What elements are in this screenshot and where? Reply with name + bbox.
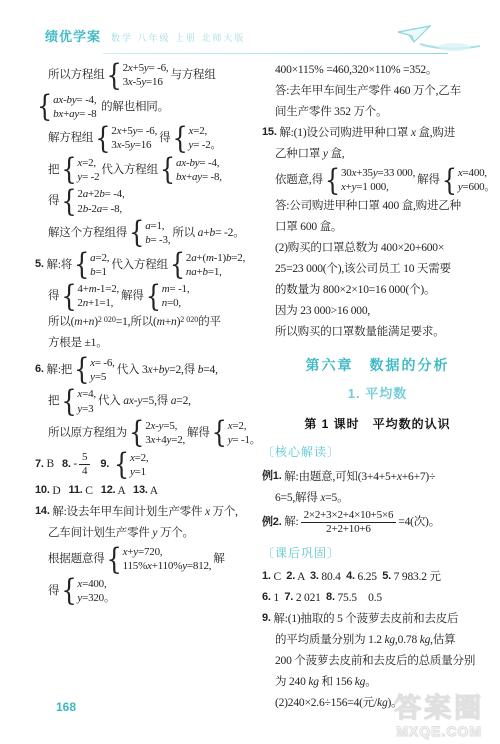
equation-row: y=600。 [458, 180, 495, 194]
solution-text: D [50, 483, 69, 500]
equation-stack: x+y=720,115%x+110%y=812, [123, 545, 212, 574]
content-line: 因为 23 000>16 000, [262, 302, 493, 322]
solution-text: 的平均质量分别为 1.2 kg,0.78 kg,估算 [275, 632, 455, 649]
equation-stack: ax-by= -4,bx+ay= -8, [176, 156, 222, 185]
content-line: 9. 解:(1)抽取的 5 个菠萝去皮前和去皮后 [262, 609, 493, 629]
tag-core-reading: 〔核心解读〕 [262, 443, 493, 463]
content-line: 所以(m+n)2 020=1,所以(m+n)2 020的平 [35, 313, 254, 333]
content-line: 6. 解:把{x= -6,y=5代入 3x+by=2,得 b=4, [35, 355, 254, 386]
solution-text: 乙种口罩 y 盒, [275, 146, 344, 163]
solution-text: 6=5,解得 x=5。 [275, 490, 348, 507]
equation-row: y= -2。 [189, 138, 222, 152]
equation-system: {x=400,y=600。 [442, 166, 495, 195]
solution-text: 解:将 [44, 257, 72, 274]
brace-glyph: { [146, 283, 161, 310]
content-line: 乙车间计划生产零件 y 万个。 [35, 523, 254, 543]
exponent: 2 020 [98, 314, 116, 326]
equation-stack: a=1,b= -3, [145, 219, 170, 248]
solution-text: B [44, 456, 62, 473]
equation-row: y=1 [130, 465, 146, 479]
solution-text: 的平 [198, 314, 221, 331]
content-line: 得{4+m-1=2,2n+1=1,解得{m= -1,n=0, [35, 281, 254, 312]
brace-glyph: { [61, 578, 76, 605]
solution-text: 代入 3x+by=2,得 b=4, [117, 362, 218, 379]
equation-stack: ax-by= -4,bx+ay= -8 [53, 93, 96, 122]
content-line: 25=23 000(个),该公司员工 10 天需要 [262, 260, 493, 280]
equation-system: {a=2,b=1 [74, 251, 109, 280]
solution-text: A [115, 483, 133, 500]
item-number: 12. [101, 483, 116, 499]
solution-text: 200 个菠萝去皮前和去皮后的总质量分别 [275, 653, 475, 670]
content-line: 把{x=2,y= -2代入方程组{ax-by= -4,bx+ay= -8, [35, 155, 254, 186]
content-line: 400×115% =460,320×110% =352。 [262, 60, 493, 80]
content-line: 例2. 解:2×2+3×2+4×10+5×62+2+10+6=4(次)。 [262, 509, 493, 536]
solution-text: 因为 23 000>16 000, [275, 303, 370, 320]
equation-row: 30x+35y=33 000, [341, 166, 415, 180]
item-number: 14. [35, 504, 50, 520]
tag-practice: 〔课后巩固〕 [262, 543, 493, 563]
equation-row: y=320。 [77, 591, 114, 605]
equation-row: 2b-2a= -8, [77, 202, 122, 216]
equation-row: 4+m-1=2, [77, 282, 119, 296]
equation-row: 3x-5y=16 [123, 75, 163, 89]
equation-row: ax-by= -4, [176, 156, 219, 170]
equation-row: x+y=720, [123, 545, 163, 559]
equation-row: b= -3, [145, 233, 170, 247]
header-rule [103, 53, 448, 54]
equation-row: y= -1。 [228, 433, 261, 447]
equation-system: {30x+35y=33 000,x+y=1 000, [325, 166, 415, 195]
solution-text: 75.5 0.5 [335, 590, 382, 607]
solution-text: 口罩 600 盒。 [275, 219, 342, 236]
equation-row: 2a+(m-1)b=2, [186, 251, 245, 265]
equation-row: bx+ay= -8, [176, 170, 222, 184]
solution-text: 所以原方程组为 [48, 425, 127, 442]
equation-row: bx+ay= -8 [53, 107, 96, 121]
equation-system: {x+y=720,115%x+110%y=812, [107, 545, 212, 574]
item-number: 8. [62, 457, 71, 473]
item-number: 6. [262, 590, 271, 606]
brace-glyph: { [74, 251, 89, 278]
equation-system: {a=1,b= -3, [129, 219, 170, 248]
item-number: 例1. [262, 469, 282, 485]
fraction-denominator: 2+2+10+6 [323, 523, 374, 536]
content-line: 的数量为 800×2×10=16 000(个)。 [262, 281, 493, 301]
solution-text: C [271, 569, 287, 586]
solution-text: 解方程组 [48, 130, 93, 147]
equation-stack: 2x-y=5,3x+4y=2, [145, 419, 185, 448]
brace-glyph: { [107, 546, 122, 573]
equation-row: 2x+5y= -6, [111, 124, 157, 138]
equation-system: {m= -1,n=0, [146, 282, 190, 311]
solution-text: 答:去年甲车间生产零件 460 万个,乙车 [275, 83, 461, 100]
solution-text: 把 [48, 162, 59, 179]
solution-text: 代入方程组 [101, 162, 158, 179]
equation-row: x=4, [77, 387, 96, 401]
item-number: 8. [326, 590, 335, 606]
content-line: 5. 解:将{a=2,b=1代入方程组{2a+(m-1)b=2,na+b=1, [35, 250, 254, 281]
solution-text: 代入 ax-y=5,得 a=2, [98, 393, 191, 410]
equation-stack: x= -6,y=5 [90, 356, 115, 385]
content-line: 所以购买的口罩数量能满足要求。 [262, 323, 493, 343]
content-line: 14. 解:设去年甲车间计划生产零件 x 万个, [35, 502, 254, 522]
content-line: {ax-by= -4,bx+ay= -8 的解也相同。 [35, 92, 254, 123]
equation-row: a=2, [90, 251, 109, 265]
equation-system: {x=2,y=1 [114, 451, 149, 480]
solution-text: A [148, 483, 158, 500]
brace-glyph: { [74, 357, 89, 384]
content-line: 口罩 600 盒。 [262, 218, 493, 238]
solution-text: 间生产零件 352 万个。 [275, 104, 387, 121]
solution-text: 所以购买的口罩数量能满足要求。 [275, 324, 445, 341]
brace-glyph: { [160, 157, 175, 184]
solution-text: 解:把 [44, 362, 72, 379]
equation-stack: 2a+(m-1)b=2,na+b=1, [186, 251, 245, 280]
solution-text: 解这个方程组得 [48, 225, 127, 242]
equation-stack: x=2,y= -2 [77, 156, 99, 185]
section-heading: 1. 平均数 [262, 385, 493, 405]
equation-row: 2x+5y= -6, [123, 61, 169, 75]
brace-glyph: { [61, 157, 76, 184]
brace-glyph: { [170, 251, 185, 278]
content-line: 的平均质量分别为 1.2 kg,0.78 kg,估算 [262, 630, 493, 650]
content-line: 答:公司购进甲种口罩 400 盒,购进乙种 [262, 197, 493, 217]
solution-text: 得 [159, 130, 170, 147]
equation-row: x=400, [458, 166, 487, 180]
equation-system: {x=400,y=320。 [61, 577, 114, 606]
equation-row: y=3 [77, 402, 93, 416]
content-line: 所以方程组{2x+5y= -6,3x-5y=16与方程组 [35, 60, 254, 91]
content-line: 得{x=400,y=320。 [35, 576, 254, 607]
lesson-heading: 第 1 课时 平均数的认识 [262, 415, 493, 435]
equation-stack: a=2,b=1 [90, 251, 109, 280]
equation-row: 2a+2b= -4, [77, 187, 124, 201]
watermark: 答案圈 MXQE.COM [394, 695, 484, 740]
content-line: 10. D 11. C 12. A 13. A [35, 481, 254, 501]
book-page: { "colors": { "accent": "#3ab8c6" }, "he… [0, 0, 500, 744]
item-number: 3. [310, 569, 319, 585]
content-line: 间生产零件 352 万个。 [262, 102, 493, 122]
item-number: 7. [284, 590, 293, 606]
header-subtitle: 数学 八年级 上册 北师大版 [111, 33, 246, 43]
brace-glyph: { [61, 388, 76, 415]
brace-glyph: { [172, 125, 187, 152]
solution-text: 1 [271, 590, 285, 607]
solution-text: 得 [48, 288, 59, 305]
equation-row: x=2, [77, 156, 96, 170]
solution-text: C [83, 483, 101, 500]
solution-text: 解得 [187, 425, 210, 442]
equation-stack: 2x+5y= -6,3x-5y=16 [123, 61, 169, 90]
content-line: 依题意,得{30x+35y=33 000,x+y=1 000,解得{x=400,… [262, 165, 493, 196]
equation-row: x=400, [77, 577, 106, 591]
item-number: 例2. [262, 515, 282, 531]
solution-text: 解:(1)抽取的 5 个菠萝去皮前和去皮后 [271, 611, 459, 628]
content-line: 解这个方程组得{a=1,b= -3,所以 a+b= -2。 [35, 218, 254, 249]
solution-text: 得 [48, 583, 59, 600]
solution-text: 所以(m+n) [48, 314, 98, 331]
fraction-numerator: 5 [79, 451, 90, 465]
solution-text: 根据题意得 [48, 551, 105, 568]
content-line: 例1. 解:由题意,可知(3+4+5+x+6+7)÷ [262, 467, 493, 487]
item-number: 13. [133, 483, 148, 499]
item-number: 10. [35, 483, 50, 499]
equation-row: x+y=1 000, [341, 180, 389, 194]
brace-glyph: { [325, 167, 340, 194]
solution-text: 解得 [121, 288, 144, 305]
brace-glyph: { [129, 220, 144, 247]
equation-stack: x=2,y= -2。 [189, 124, 222, 153]
solution-text: 解:(1)设公司购进甲种口罩 x 盒,购进 [277, 125, 455, 142]
solution-text: (2)240×2.6÷156=4(元/kg)。 [275, 695, 402, 712]
equation-system: {x=4,y=3 [61, 387, 96, 416]
content-line: 6. 1 7. 2 021 8. 75.5 0.5 [262, 588, 493, 608]
equation-stack: x=2,y=1 [130, 451, 149, 480]
brace-glyph: { [95, 125, 110, 152]
solution-text: 的解也相同。 [98, 99, 168, 116]
equation-stack: x=4,y=3 [77, 387, 96, 416]
equation-stack: 30x+35y=33 000,x+y=1 000, [341, 166, 415, 195]
equation-system: {2x-y=5,3x+4y=2, [129, 419, 185, 448]
brace-glyph: { [442, 167, 457, 194]
equation-row: x=2, [189, 124, 208, 138]
equation-stack: x=400,y=320。 [77, 577, 114, 606]
equation-system: {ax-by= -4,bx+ay= -8 [37, 93, 96, 122]
equation-system: {2a+(m-1)b=2,na+b=1, [170, 251, 245, 280]
equation-row: 2n+1=1, [77, 296, 113, 310]
equation-system: {x= -6,y=5 [74, 356, 115, 385]
page-header: 绩优学案数学 八年级 上册 北师大版 [45, 26, 488, 56]
equation-system: {x=2,y= -1。 [212, 419, 261, 448]
item-number: 2. [286, 569, 295, 585]
brace-glyph: { [61, 188, 76, 215]
solution-text: 2 021 [293, 590, 326, 607]
page-number: 168 [56, 700, 76, 714]
solution-text: 7 983.2 元 [391, 569, 441, 586]
exponent: 2 020 [180, 314, 198, 326]
equation-row: m= -1, [162, 282, 190, 296]
solution-text: 解 [213, 551, 224, 568]
solution-text: 得 [48, 193, 59, 210]
equation-system: {2x+5y= -6,3x-5y=16 [107, 61, 169, 90]
solution-text: 依题意,得 [275, 172, 323, 189]
content-line: 方根是 ±1。 [35, 334, 254, 354]
solution-text: - [71, 456, 77, 473]
equation-system: {x=2,y= -2。 [172, 124, 221, 153]
content-line: 15. 解:(1)设公司购进甲种口罩 x 盒,购进 [262, 123, 493, 143]
equation-row: x=2, [228, 419, 247, 433]
brace-glyph: { [37, 93, 52, 120]
content-line: 答:去年甲车间生产零件 460 万个,乙车 [262, 81, 493, 101]
item-number: 15. [262, 125, 277, 141]
equation-stack: m= -1,n=0, [162, 282, 190, 311]
content-line: 得{2a+2b= -4,2b-2a= -8, [35, 186, 254, 217]
solution-text: 答:公司购进甲种口罩 400 盒,购进乙种 [275, 198, 461, 215]
solution-text: 400×115% =460,320×110% =352。 [275, 62, 437, 79]
solution-text: 解得 [417, 172, 440, 189]
item-number: 7. [35, 457, 44, 473]
solution-text: 所以 a+b= -2。 [172, 225, 244, 242]
solution-text: 25=23 000(个),该公司员工 10 天需要 [275, 261, 451, 278]
equation-row: b=1 [90, 265, 107, 279]
content-line: 200 个菠萝去皮前和去皮后的总质量分别 [262, 651, 493, 671]
solution-text: =4(次)。 [398, 514, 440, 531]
equation-row: 3x-5y=16 [111, 138, 151, 152]
equation-row: a=1, [145, 219, 164, 233]
watermark-title: 答案圈 [394, 695, 484, 722]
right-column: 400×115% =460,320×110% =352。答:去年甲车间生产零件 … [262, 60, 493, 714]
item-number: 6. [35, 362, 44, 378]
item-number: 9. [262, 611, 271, 627]
equation-row: na+b=1, [186, 265, 222, 279]
equation-system: {x=2,y= -2 [61, 156, 99, 185]
content-line: (2)购买的口罩总数为 400×20+600× [262, 239, 493, 259]
solution-text: 6.25 [355, 569, 382, 586]
content-line: 为 240 kg 和 156 kg。 [262, 672, 493, 692]
equation-stack: x=2,y= -1。 [228, 419, 261, 448]
watermark-site: MXQE.COM [394, 722, 484, 740]
solution-text: (2)购买的口罩总数为 400×20+600× [275, 240, 444, 257]
fraction: 54 [79, 451, 90, 478]
solution-text: 解: [282, 514, 299, 531]
equation-system: {ax-by= -4,bx+ay= -8, [160, 156, 222, 185]
content-line: 6=5,解得 x=5。 [262, 488, 493, 508]
equation-row: n=0, [162, 296, 181, 310]
solution-text: 解:设去年甲车间计划生产零件 x 万个, [50, 504, 238, 521]
equation-row: y=5 [90, 370, 106, 384]
item-number: 4. [346, 569, 355, 585]
equation-stack: x=400,y=600。 [458, 166, 495, 195]
item-number: 5. [382, 569, 391, 585]
item-number: 9. [100, 457, 109, 473]
solution-text [92, 456, 100, 473]
equation-row: 3x+4y=2, [145, 433, 185, 447]
fraction: 2×2+3×2+4×10+5×62+2+10+6 [301, 509, 397, 536]
solution-text: 所以方程组 [48, 67, 105, 84]
left-column: 所以方程组{2x+5y= -6,3x-5y=16与方程组{ax-by= -4,b… [35, 60, 254, 607]
equation-system: {2a+2b= -4,2b-2a= -8, [61, 187, 124, 216]
solution-text: 的数量为 800×2×10=16 000(个)。 [275, 282, 435, 299]
content-line: 1. C 2. A 3. 80.4 4. 6.25 5. 7 983.2 元 [262, 567, 493, 587]
content-line: 根据题意得{x+y=720,115%x+110%y=812,解 [35, 544, 254, 575]
equation-stack: 4+m-1=2,2n+1=1, [77, 282, 119, 311]
equation-stack: 2x+5y= -6,3x-5y=16 [111, 124, 157, 153]
brace-glyph: { [107, 62, 122, 89]
fraction-numerator: 2×2+3×2+4×10+5×6 [301, 509, 397, 523]
solution-text: 方根是 ±1。 [48, 335, 108, 352]
solution-text: A [295, 569, 310, 586]
item-number: 11. [69, 483, 83, 499]
content-line: 7. B 8. -54 9. {x=2,y=1 [35, 450, 254, 481]
equation-row: x= -6, [90, 356, 115, 370]
brand-logo: 绩优学案 [45, 29, 101, 44]
solution-text: =1,所以(m+n) [116, 314, 180, 331]
solution-text: 80.4 [319, 569, 346, 586]
equation-row: ax-by= -4, [53, 93, 96, 107]
item-number: 1. [262, 569, 271, 585]
solution-text: 把 [48, 393, 59, 410]
solution-text [109, 456, 112, 473]
content-line: 所以原方程组为{2x-y=5,3x+4y=2,解得{x=2,y= -1。 [35, 418, 254, 449]
equation-row: 115%x+110%y=812, [123, 559, 212, 573]
solution-text: 与方程组 [170, 67, 215, 84]
brace-glyph: { [114, 451, 129, 478]
equation-row: y= -2 [77, 170, 99, 184]
solution-text: 为 240 kg 和 156 kg。 [275, 674, 377, 691]
equation-row: 2x-y=5, [145, 419, 177, 433]
equation-stack: 2a+2b= -4,2b-2a= -8, [77, 187, 124, 216]
solution-text: 乙车间计划生产零件 y 万个。 [48, 525, 194, 542]
content-line: 把{x=4,y=3代入 ax-y=5,得 a=2, [35, 386, 254, 417]
content-line: 乙种口罩 y 盒, [262, 144, 493, 164]
item-number: 5. [35, 257, 44, 273]
solution-text: 代入方程组 [111, 257, 168, 274]
brace-glyph: { [129, 420, 144, 447]
chapter-heading: 第六章 数据的分析 [262, 355, 493, 375]
brace-glyph: { [61, 283, 76, 310]
solution-text: 解:由题意,可知(3+4+5+x+6+7)÷ [282, 469, 436, 486]
fraction-denominator: 4 [79, 465, 90, 478]
equation-system: {4+m-1=2,2n+1=1, [61, 282, 119, 311]
equation-system: {2x+5y= -6,3x-5y=16 [95, 124, 157, 153]
brace-glyph: { [212, 420, 227, 447]
content-line: 解方程组{2x+5y= -6,3x-5y=16得{x=2,y= -2。 [35, 123, 254, 154]
equation-row: x=2, [130, 451, 149, 465]
